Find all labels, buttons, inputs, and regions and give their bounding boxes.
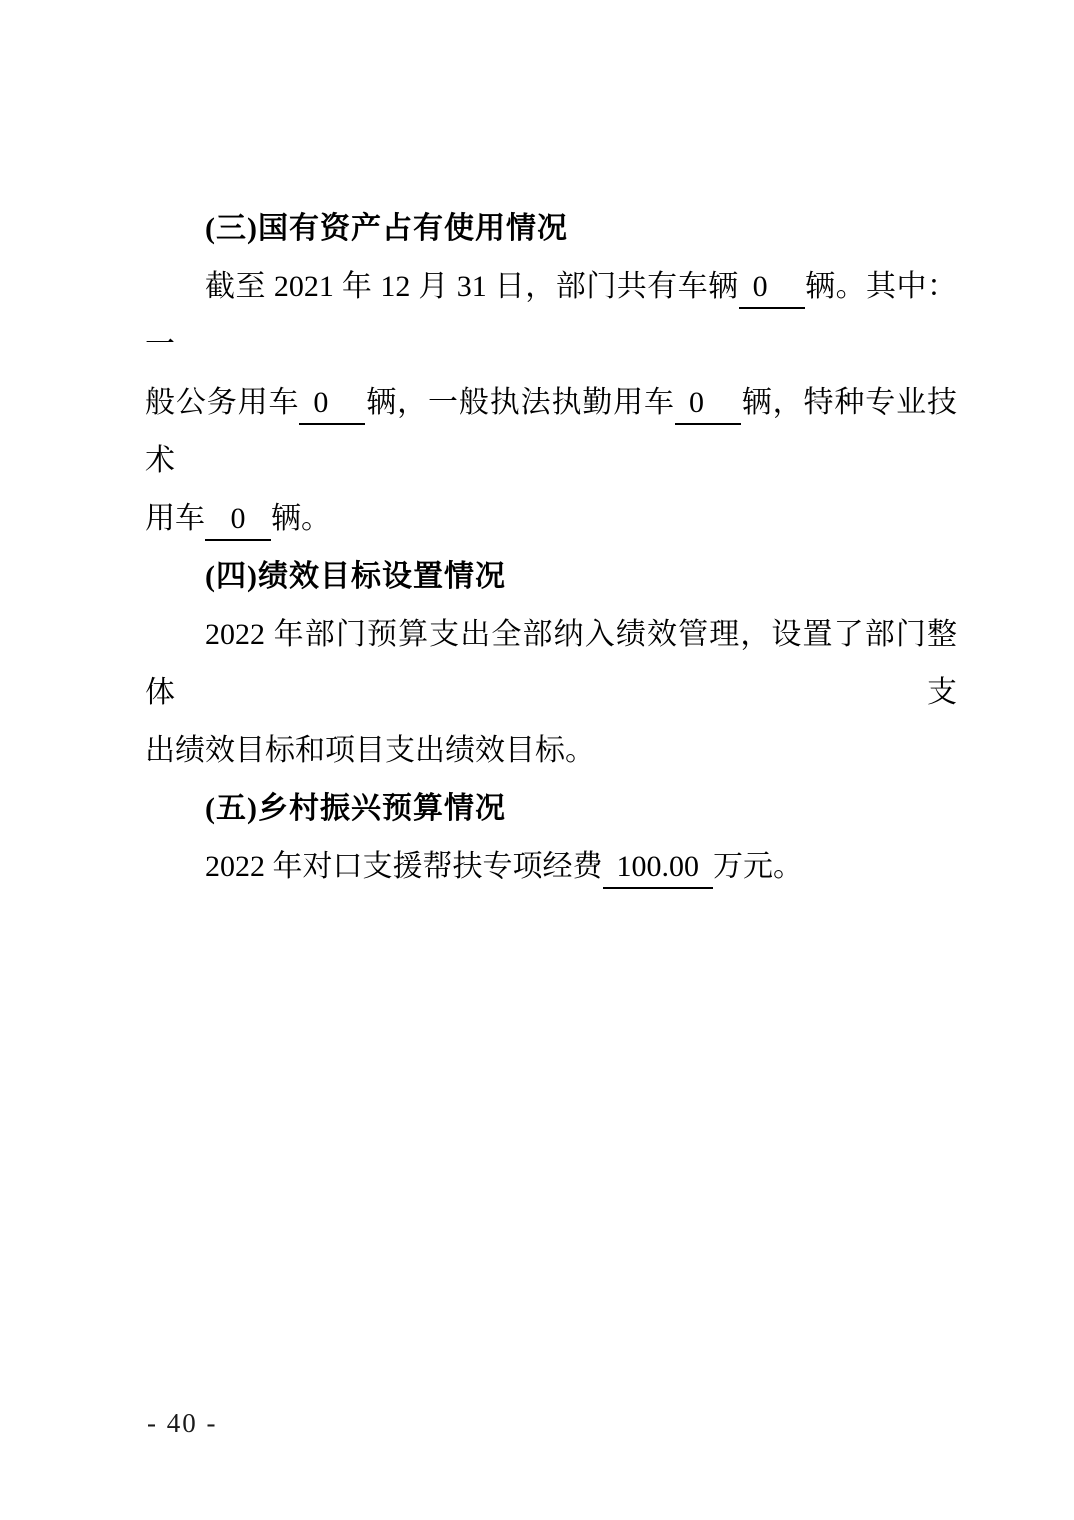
body-text-run: 2022 年对口支援帮扶专项经费 [205,850,603,883]
body-text-run: 用车 [145,502,205,535]
paragraph-line: 2022 年对口支援帮扶专项经费100.00万元。 [145,838,957,896]
section-heading: (五)乡村振兴预算情况 [145,780,957,838]
paragraph-line: 出绩效目标和项目支出绩效目标。 [145,722,957,780]
document-body: (三)国有资产占有使用情况 截至 2021 年 12 月 31 日，部门共有车辆… [145,200,957,896]
paragraph-line: 般公务用车0辆，一般执法执勤用车0辆，特种专业技术 [145,374,957,490]
document-page: (三)国有资产占有使用情况 截至 2021 年 12 月 31 日，部门共有车辆… [0,0,1074,1520]
paragraph-line: 用车0辆。 [145,490,957,548]
body-text-run: 万元。 [713,850,803,883]
blank-field-value: 0 [205,499,271,541]
body-text-run: 般公务用车 [145,386,299,419]
section-heading: (三)国有资产占有使用情况 [145,200,957,258]
blank-field-value: 0 [675,383,741,425]
body-text-run: 辆。 [271,502,331,535]
blank-field-value: 0 [739,267,805,309]
paragraph-line: 截至 2021 年 12 月 31 日，部门共有车辆0辆。其中：一 [145,258,957,374]
body-text-run: 2022 年部门预算支出全部纳入绩效管理，设置了部门整体支 [145,618,957,709]
section-performance-targets: (四)绩效目标设置情况 2022 年部门预算支出全部纳入绩效管理，设置了部门整体… [145,548,957,780]
body-text-run: 出绩效目标和项目支出绩效目标。 [145,734,595,767]
blank-field-value: 100.00 [603,847,714,889]
body-text-run: 截至 2021 年 12 月 31 日，部门共有车辆 [205,270,739,303]
section-rural-revitalization: (五)乡村振兴预算情况 2022 年对口支援帮扶专项经费100.00万元。 [145,780,957,896]
section-heading: (四)绩效目标设置情况 [145,548,957,606]
body-text-run: 辆，一般执法执勤用车 [365,386,675,419]
page-number: - 40 - [147,1408,217,1439]
paragraph-line: 2022 年部门预算支出全部纳入绩效管理，设置了部门整体支 [145,606,957,722]
blank-field-value: 0 [299,383,365,425]
section-state-assets: (三)国有资产占有使用情况 截至 2021 年 12 月 31 日，部门共有车辆… [145,200,957,548]
